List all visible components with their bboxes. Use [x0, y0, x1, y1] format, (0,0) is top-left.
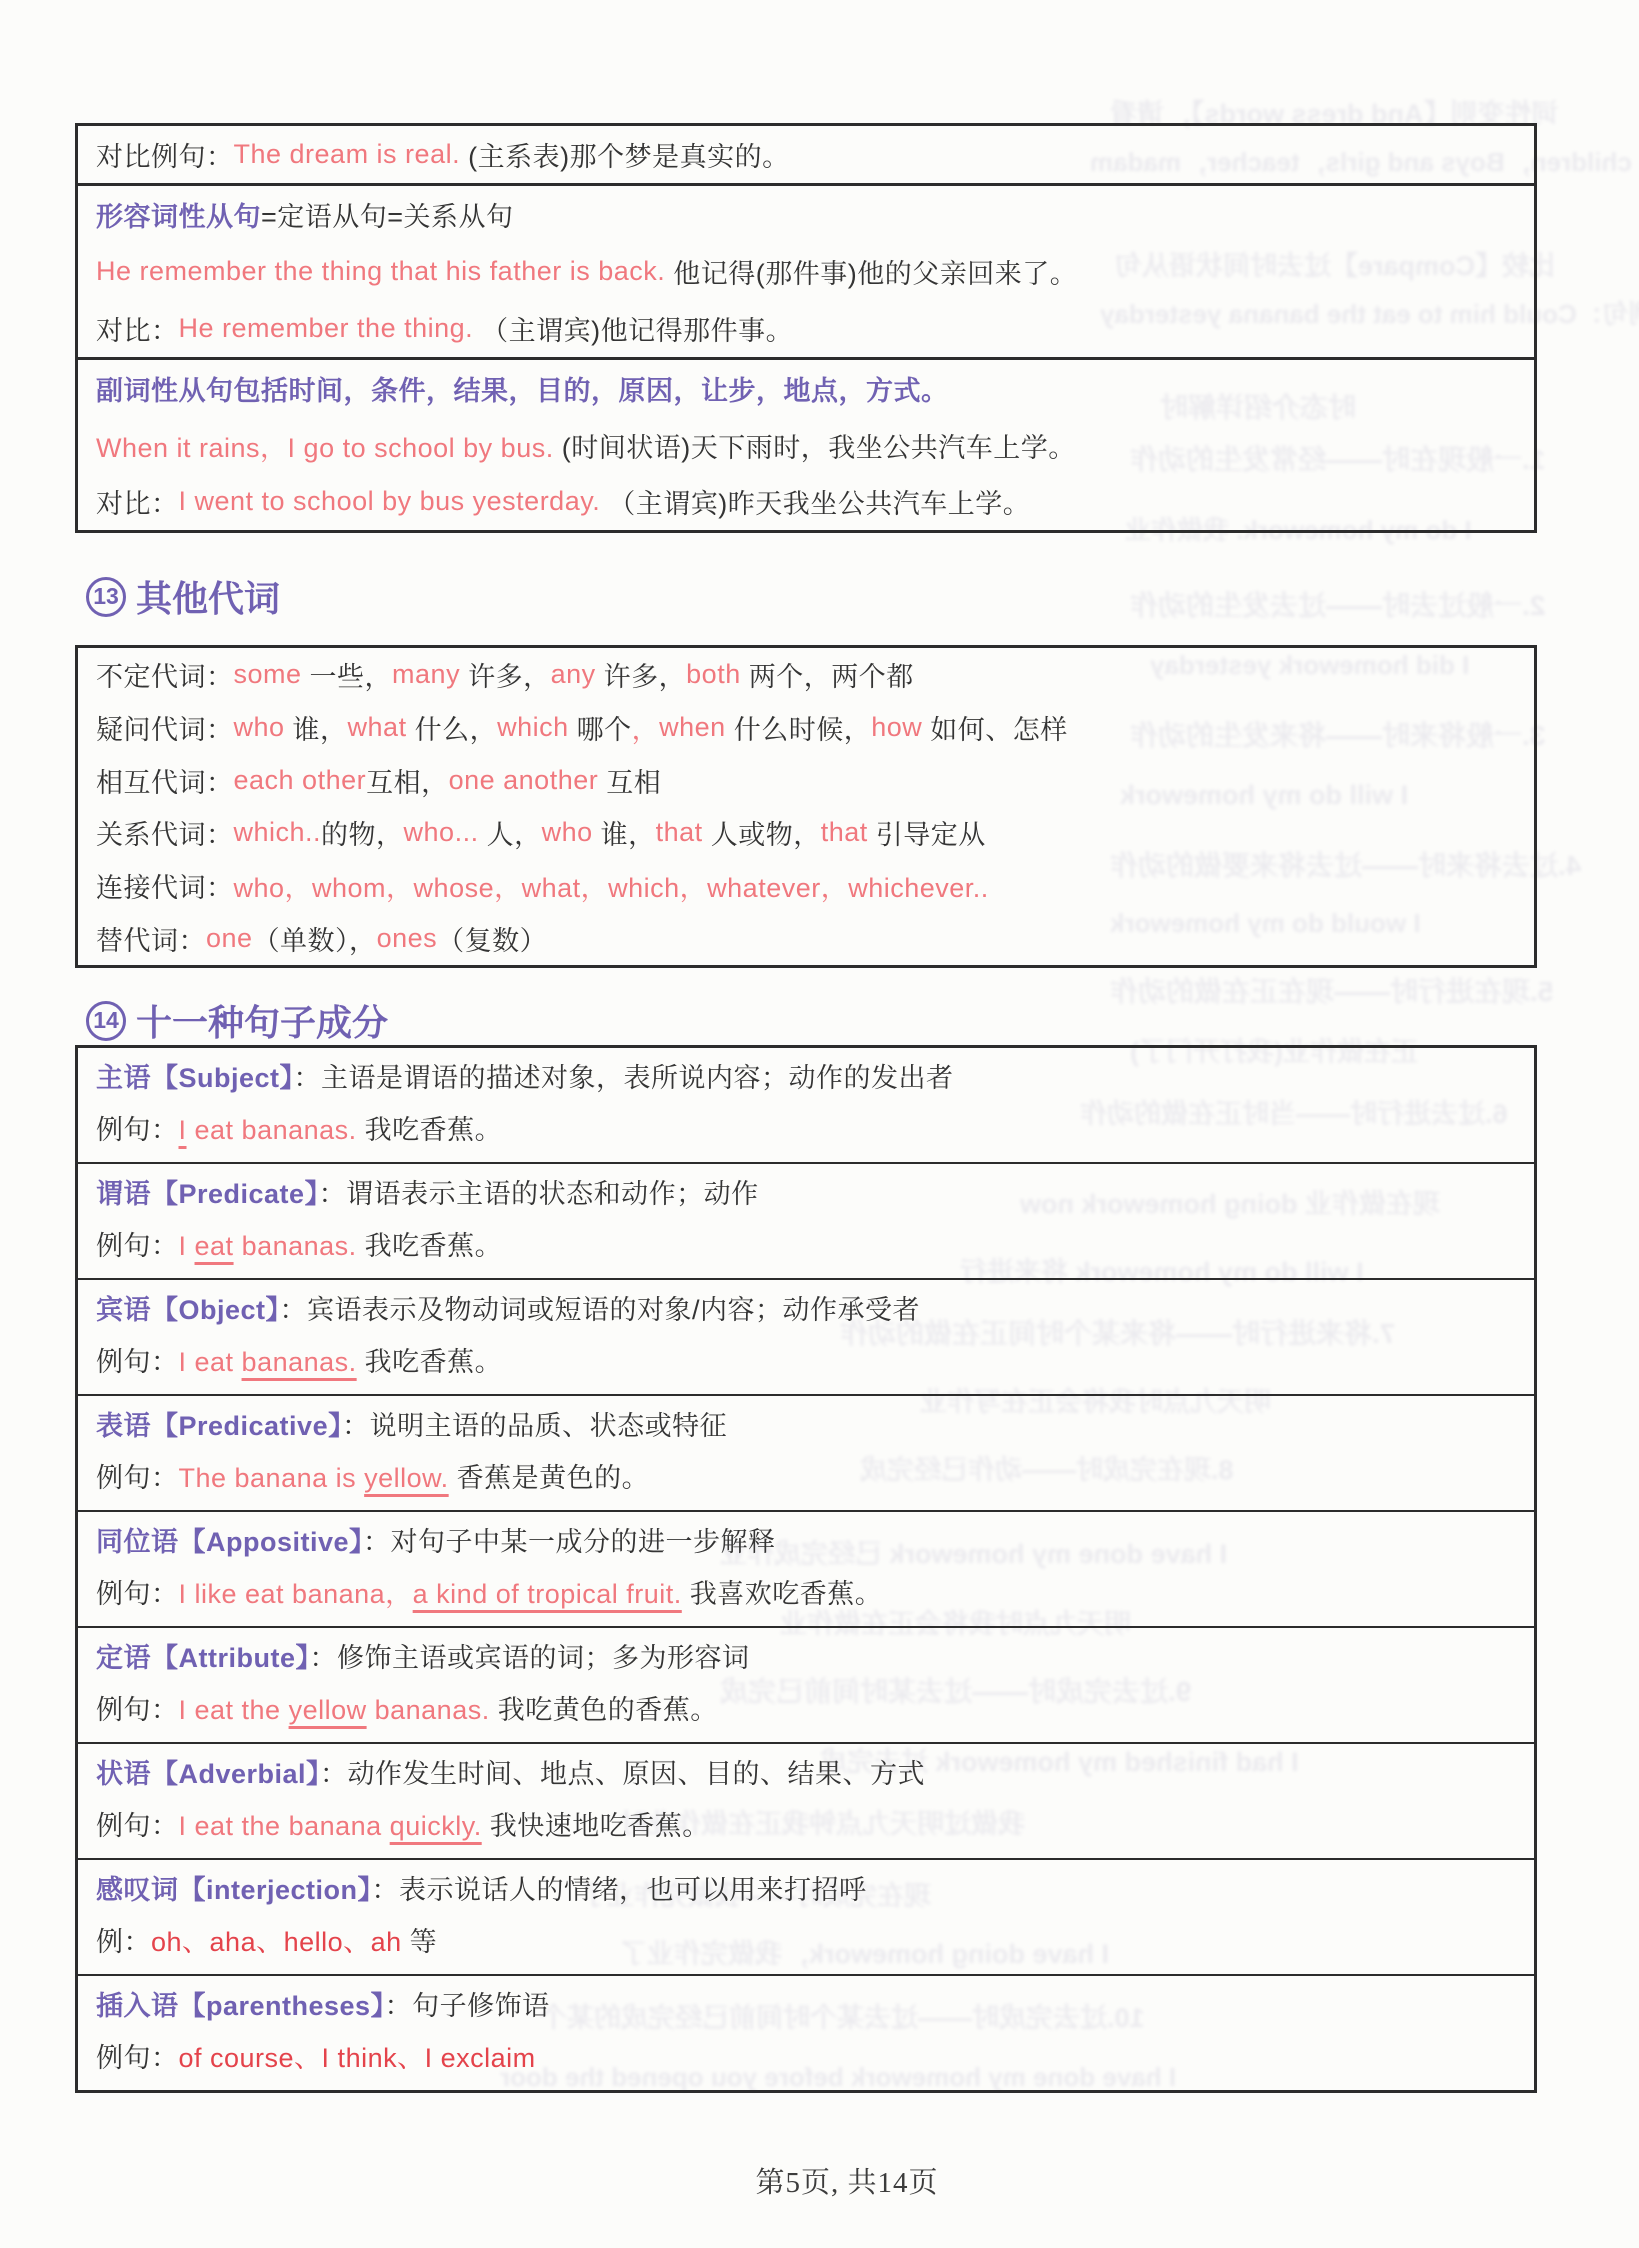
text-segment: a kind of tropical fruit. — [413, 1579, 682, 1609]
text-segment: 形容词性从句 — [96, 195, 261, 234]
section-title: 其他代词 — [136, 571, 280, 622]
example-line: 例：oh、aha、hello、ah 等 — [96, 1916, 1516, 1968]
text-segment: =定语从句=关系从句 — [261, 195, 514, 234]
text-segment: some — [234, 659, 302, 690]
text-segment: I eat — [179, 1347, 242, 1377]
element-row-adverbial: 状语【Adverbial】：动作发生时间、地点、原因、目的、结果、方式 例句：I… — [78, 1744, 1534, 1860]
text-segment: (主系表)那个梦是真实的。 — [468, 135, 789, 174]
text-segment: 我吃香蕉。 — [365, 1115, 503, 1145]
example-line: 例句：I eat bananas. 我吃香蕉。 — [96, 1104, 1516, 1156]
definition-line: 同位语【Appositive】：对句子中某一成分的进一步解释 — [96, 1516, 1516, 1568]
text-segment: I eat the — [179, 1695, 289, 1725]
text-segment: 对比： — [96, 482, 179, 521]
text-segment: 状语【Adverbial】 — [96, 1759, 320, 1789]
text-segment: who — [542, 817, 593, 848]
page-number-footer: 第5页, 共14页 — [0, 2160, 1639, 2201]
section-heading-sentence-elements: 14 十一种句子成分 — [86, 995, 388, 1046]
text-segment: 什么， — [407, 708, 498, 747]
scanned-grammar-notes-page: 词性变则【And dress words】，请看例句：children，Boys… — [0, 0, 1639, 2248]
text-segment: 什么时候， — [726, 708, 872, 747]
example-line: 例句：I eat the banana quickly. 我快速地吃香蕉。 — [96, 1800, 1516, 1852]
text-row: 疑问代词：who 谁，what 什么，which 哪个，when 什么时候，ho… — [78, 701, 1534, 754]
text-row: 不定代词：some 一些，many 许多，any 许多，both 两个，两个都 — [78, 648, 1534, 701]
text-segment: The dream is real. — [234, 139, 469, 170]
text-segment: 相互代词： — [96, 761, 234, 800]
text-segment: yellow. — [364, 1463, 449, 1493]
element-row-predicate: 谓语【Predicate】：谓语表示主语的状态和动作；动作 例句：I eat b… — [78, 1164, 1534, 1280]
text-segment: 他记得(那件事)他的父亲回来了。 — [673, 252, 1077, 291]
text-segment: I like eat banana， — [179, 1579, 413, 1609]
example-line: 例句：I like eat banana，a kind of tropical … — [96, 1568, 1516, 1620]
text-segment: one — [206, 923, 253, 954]
text-row: 对比例句：The dream is real. (主系表)那个梦是真实的。 — [78, 126, 1534, 183]
text-segment: who... — [404, 817, 487, 848]
text-segment: He remember the thing that his father is… — [96, 256, 673, 287]
example-line: 例句：of course、I think、I exclaim — [96, 2032, 1516, 2084]
text-segment: 感叹词【interjection】 — [96, 1875, 372, 1905]
text-segment: 谓语【Predicate】 — [96, 1179, 319, 1209]
text-segment: 互相 — [606, 761, 661, 800]
definition-line: 谓语【Predicate】：谓语表示主语的状态和动作；动作 — [96, 1168, 1516, 1220]
text-segment: 同位语【Appositive】 — [96, 1527, 363, 1557]
text-segment: of course、I think、I exclaim — [179, 2043, 536, 2073]
text-segment: 我吃黄色的香蕉。 — [498, 1695, 718, 1725]
text-segment: ：主语是谓语的描述对象，表所说内容；动作的发出者 — [294, 1063, 954, 1093]
text-segment: I eat the banana — [179, 1811, 390, 1841]
text-segment: 等 — [402, 1927, 438, 1957]
element-row-appositive: 同位语【Appositive】：对句子中某一成分的进一步解释 例句：I like… — [78, 1512, 1534, 1628]
text-row: 对比：He remember the thing. （主谓宾)他记得那件事。 — [78, 300, 1534, 357]
text-row: 关系代词：which..的物，who... 人，who 谁，that 人或物，t… — [78, 806, 1534, 859]
text-segment: 宾语【Object】 — [96, 1295, 280, 1325]
text-segment: 不定代词： — [96, 655, 234, 694]
text-segment: 人， — [487, 813, 542, 852]
text-segment: 副词性从句包括时间，条件，结果，目的，原因，让步，地点，方式。 — [96, 369, 949, 408]
text-segment: （主谓宾)他记得那件事。 — [481, 309, 793, 348]
text-segment: (时间状语)天下雨时，我坐公共汽车上学。 — [562, 426, 1076, 465]
text-segment: 人或物， — [703, 813, 821, 852]
definition-line: 状语【Adverbial】：动作发生时间、地点、原因、目的、结果、方式 — [96, 1748, 1516, 1800]
text-segment: （主谓宾)昨天我坐公共汽车上学。 — [608, 482, 1030, 521]
text-segment: 我快速地吃香蕉。 — [482, 1811, 710, 1841]
text-segment: 例句： — [96, 1231, 179, 1261]
element-row-parentheses: 插入语【parentheses】：句子修饰语 例句：of course、I th… — [78, 1976, 1534, 2090]
definition-line: 定语【Attribute】：修饰主语或宾语的词；多为形容词 — [96, 1632, 1516, 1684]
text-segment: bananas. — [367, 1695, 498, 1725]
text-segment: one another — [449, 765, 607, 796]
text-segment: 替代词： — [96, 919, 206, 958]
element-row-subject: 主语【Subject】：主语是谓语的描述对象，表所说内容；动作的发出者 例句：I… — [78, 1048, 1534, 1164]
text-segment: eat — [195, 1231, 234, 1261]
adverbial-clause-box: 副词性从句包括时间，条件，结果，目的，原因，让步，地点，方式。 When it … — [75, 357, 1537, 533]
text-segment: 插入语【parentheses】 — [96, 1991, 385, 2021]
text-segment: bananas. — [234, 1231, 365, 1261]
text-segment: ：对句子中某一成分的进一步解释 — [363, 1527, 776, 1557]
text-segment: 疑问代词： — [96, 708, 234, 747]
text-row: 形容词性从句=定语从句=关系从句 — [78, 186, 1534, 243]
circled-number-icon: 14 — [86, 1001, 126, 1041]
text-segment: 连接代词： — [96, 866, 234, 905]
contrast-example-box: 对比例句：The dream is real. (主系表)那个梦是真实的。 — [75, 123, 1537, 186]
element-row-predicative: 表语【Predicative】：说明主语的品质、状态或特征 例句：The ban… — [78, 1396, 1534, 1512]
text-segment: I — [179, 1115, 187, 1145]
text-segment: When it rains，I go to school by bus. — [96, 426, 562, 465]
text-row: He remember the thing that his father is… — [78, 243, 1534, 300]
text-row: 对比：I went to school by bus yesterday. （主… — [78, 473, 1534, 530]
sentence-elements-box: 主语【Subject】：主语是谓语的描述对象，表所说内容；动作的发出者 例句：I… — [75, 1045, 1537, 2093]
definition-line: 插入语【parentheses】：句子修饰语 — [96, 1980, 1516, 2032]
text-segment: ：动作发生时间、地点、原因、目的、结果、方式 — [320, 1759, 925, 1789]
text-segment: 例句： — [96, 1347, 179, 1377]
text-segment: 谁， — [593, 813, 656, 852]
text-segment: what — [348, 712, 407, 743]
text-row: When it rains，I go to school by bus. (时间… — [78, 417, 1534, 474]
text-segment: many — [392, 659, 460, 690]
text-segment: 例句： — [96, 1579, 179, 1609]
text-segment: 哪个 — [569, 708, 632, 747]
text-segment: 如何、怎样 — [922, 708, 1068, 747]
text-segment: quickly. — [390, 1811, 482, 1841]
text-segment: 许多， — [596, 655, 687, 694]
text-segment: 对比： — [96, 309, 179, 348]
text-segment: that — [821, 817, 868, 848]
text-segment: who — [234, 712, 285, 743]
section-title: 十一种句子成分 — [136, 995, 388, 1046]
text-segment: oh、aha、hello、ah — [151, 1927, 402, 1957]
text-segment: ones — [377, 923, 438, 954]
text-segment: 表语【Predicative】 — [96, 1411, 342, 1441]
text-segment: He remember the thing. — [179, 313, 482, 344]
text-segment: 许多， — [460, 655, 551, 694]
definition-line: 主语【Subject】：主语是谓语的描述对象，表所说内容；动作的发出者 — [96, 1052, 1516, 1104]
element-row-interjection: 感叹词【interjection】：表示说话人的情绪，也可以用来打招呼 例：oh… — [78, 1860, 1534, 1976]
text-segment: I went to school by bus yesterday. — [179, 486, 609, 517]
text-segment: 的物， — [321, 813, 404, 852]
text-segment: yellow — [289, 1695, 367, 1725]
text-row: 相互代词：each other互相，one another 互相 — [78, 754, 1534, 807]
text-segment: 谁， — [285, 708, 348, 747]
element-row-attribute: 定语【Attribute】：修饰主语或宾语的词；多为形容词 例句：I eat t… — [78, 1628, 1534, 1744]
text-segment: 主语【Subject】 — [96, 1063, 294, 1093]
text-segment: 定语【Attribute】 — [96, 1643, 309, 1673]
text-segment: 例句： — [96, 2043, 179, 2073]
page-content: 对比例句：The dream is real. (主系表)那个梦是真实的。 形容… — [0, 0, 1639, 2248]
text-segment: 例： — [96, 1927, 151, 1957]
text-row: 连接代词：who，whom，whose，what，which，whatever，… — [78, 859, 1534, 912]
definition-line: 表语【Predicative】：说明主语的品质、状态或特征 — [96, 1400, 1516, 1452]
text-row: 替代词：one（单数），ones（复数） — [78, 912, 1534, 965]
text-segment: eat bananas. — [187, 1115, 365, 1145]
text-segment: each other — [234, 765, 367, 796]
example-line: 例句：I eat bananas. 我吃香蕉。 — [96, 1336, 1516, 1388]
text-segment: when — [659, 712, 726, 743]
text-segment: that — [656, 817, 703, 848]
text-segment: ：句子修饰语 — [385, 1991, 550, 2021]
text-segment: 一些， — [302, 655, 393, 694]
text-segment: The banana is — [179, 1463, 365, 1493]
text-segment: （复数） — [437, 919, 547, 958]
text-segment: 例句： — [96, 1463, 179, 1493]
text-segment: 我吃香蕉。 — [357, 1347, 503, 1377]
text-segment: 引导定从 — [868, 813, 986, 852]
definition-line: 宾语【Object】：宾语表示及物动词或短语的对象/内容；动作承受者 — [96, 1284, 1516, 1336]
text-segment: 对比例句： — [96, 135, 234, 174]
text-segment: 我喜欢吃香蕉。 — [682, 1579, 883, 1609]
adjective-clause-box: 形容词性从句=定语从句=关系从句 He remember the thing t… — [75, 183, 1537, 360]
text-segment: ：说明主语的品质、状态或特征 — [342, 1411, 727, 1441]
definition-line: 感叹词【interjection】：表示说话人的情绪，也可以用来打招呼 — [96, 1864, 1516, 1916]
text-segment: ：表示说话人的情绪，也可以用来打招呼 — [372, 1875, 867, 1905]
text-segment: ， — [632, 708, 660, 747]
example-line: 例句：I eat bananas. 我吃香蕉。 — [96, 1220, 1516, 1272]
section-heading-other-pronouns: 13 其他代词 — [86, 571, 280, 622]
text-segment: ：修饰主语或宾语的词；多为形容词 — [309, 1643, 749, 1673]
text-segment: 香蕉是黄色的。 — [449, 1463, 650, 1493]
text-segment: 例句： — [96, 1811, 179, 1841]
text-segment: bananas. — [242, 1347, 357, 1377]
circled-number-icon: 13 — [86, 577, 126, 617]
text-segment: ：谓语表示主语的状态和动作；动作 — [319, 1179, 759, 1209]
text-segment: I — [179, 1231, 195, 1261]
element-row-object: 宾语【Object】：宾语表示及物动词或短语的对象/内容；动作承受者 例句：I … — [78, 1280, 1534, 1396]
text-segment: how — [871, 712, 922, 743]
text-segment: 两个，两个都 — [741, 655, 914, 694]
text-segment: who，whom，whose，what，which，whatever，which… — [234, 866, 989, 905]
text-segment: both — [686, 659, 741, 690]
example-line: 例句：The banana is yellow. 香蕉是黄色的。 — [96, 1452, 1516, 1504]
text-segment: （单数）， — [253, 919, 377, 958]
text-segment: 例句： — [96, 1695, 179, 1725]
text-segment: which — [497, 712, 569, 743]
text-row: 副词性从句包括时间，条件，结果，目的，原因，让步，地点，方式。 — [78, 360, 1534, 417]
text-segment: 我吃香蕉。 — [365, 1231, 503, 1261]
text-segment: which.. — [234, 817, 322, 848]
text-segment: ：宾语表示及物动词或短语的对象/内容；动作承受者 — [280, 1295, 921, 1325]
text-segment: 例句： — [96, 1115, 179, 1145]
other-pronouns-box: 不定代词：some 一些，many 许多，any 许多，both 两个，两个都 … — [75, 645, 1537, 968]
example-line: 例句：I eat the yellow bananas. 我吃黄色的香蕉。 — [96, 1684, 1516, 1736]
text-segment: any — [551, 659, 596, 690]
text-segment: 互相， — [366, 761, 449, 800]
text-segment: 关系代词： — [96, 813, 234, 852]
